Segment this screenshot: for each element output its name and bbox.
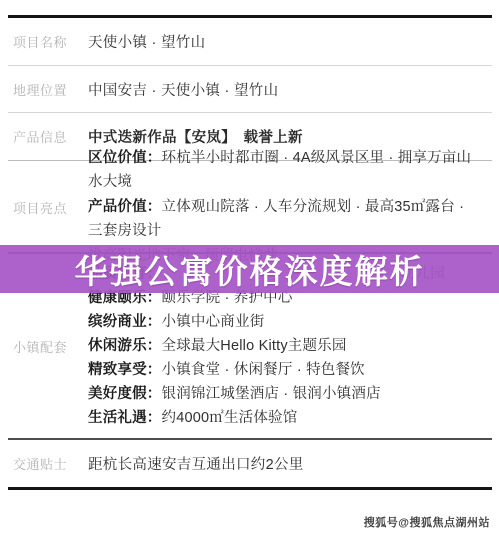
row-label: 项目亮点 <box>13 198 88 217</box>
row-value: 距杭长高速安吉互通出口约2公里 <box>88 453 324 474</box>
list-item: 产品价值：立体观山院落 · 人车分流规划 · 最高35㎡露台 · 三套房设计 <box>88 195 481 244</box>
watermark: 搜狐号@搜狐焦点湖州站 <box>364 514 490 530</box>
item-key: 生活礼遇： <box>88 410 162 426</box>
list-item: 区位价值：环杭半小时都市圈 · 4A级风景区里 · 拥享万亩山水大境 <box>88 146 481 195</box>
list-item: 精致享受：小镇食堂 · 休闲餐厅 · 特色餐饮 <box>88 358 481 382</box>
row-value: 中式迭新作品【安岚】 载誉上新 <box>88 126 323 147</box>
row-highlights: 项目亮点 区位价值：环杭半小时都市圈 · 4A级风景区里 · 拥享万亩山水大境 … <box>0 161 499 253</box>
row-project-name: 项目名称 天使小镇 · 望竹山 <box>0 18 499 65</box>
list-item: 生活礼遇：约4000㎡生活体验馆 <box>88 406 481 430</box>
item-text: 全球最大Hello Kitty主题乐园 <box>162 338 347 354</box>
row-label: 交通贴士 <box>13 454 88 473</box>
row-label: 地理位置 <box>13 80 88 99</box>
row-value: 中国安吉 · 天使小镇 · 望竹山 <box>88 79 298 100</box>
item-text: 小镇中心商业街 <box>162 314 265 330</box>
list-item: 休闲游乐：全球最大Hello Kitty主题乐园 <box>88 334 481 358</box>
item-key: 产品价值： <box>88 199 162 215</box>
promo-banner: 华强公寓价格深度解析 <box>0 245 499 293</box>
row-label: 项目名称 <box>13 32 88 51</box>
item-key: 精致享受： <box>88 362 162 378</box>
item-key: 区位价值： <box>88 150 162 166</box>
item-key: 缤纷商业： <box>88 314 162 330</box>
row-location: 地理位置 中国安吉 · 天使小镇 · 望竹山 <box>0 66 499 112</box>
bottom-border-line <box>8 487 492 490</box>
item-text: 小镇食堂 · 休闲餐厅 · 特色餐饮 <box>162 362 365 378</box>
item-key: 休闲游乐： <box>88 338 162 354</box>
row-traffic-tips: 交通贴士 距杭长高速安吉互通出口约2公里 <box>0 440 499 487</box>
item-key: 美好度假： <box>88 386 162 402</box>
property-infographic: 项目名称 天使小镇 · 望竹山 地理位置 中国安吉 · 天使小镇 · 望竹山 产… <box>0 0 499 538</box>
list-item: 美好度假：银润锦江城堡酒店 · 银润小镇酒店 <box>88 382 481 406</box>
list-item: 缤纷商业：小镇中心商业街 <box>88 310 481 334</box>
promo-banner-title: 华强公寓价格深度解析 <box>75 246 425 293</box>
item-text: 约4000㎡生活体验馆 <box>162 410 298 426</box>
row-label: 小镇配套 <box>13 337 88 356</box>
item-text: 银润锦江城堡酒店 · 银润小镇酒店 <box>162 386 381 402</box>
row-label: 产品信息 <box>13 127 88 146</box>
row-value: 天使小镇 · 望竹山 <box>88 31 225 52</box>
